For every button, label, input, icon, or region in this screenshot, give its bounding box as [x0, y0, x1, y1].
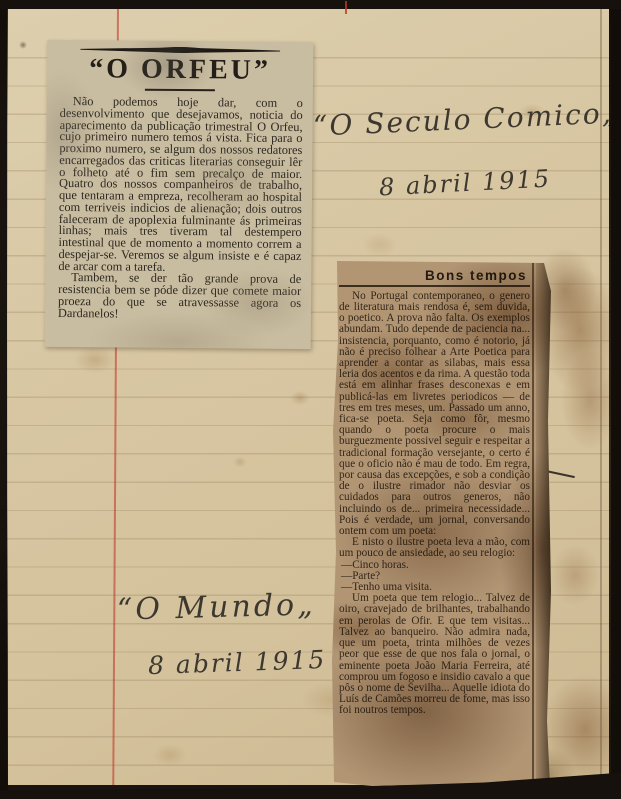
headline-rule — [145, 89, 215, 92]
clipping-paragraph: Não podemos hoje dar, com o desenvolvime… — [58, 96, 303, 274]
clipping-paragraph: E nisto o ilustre poeta leva a mão, com … — [339, 537, 530, 559]
clipping-bons-tempos: Bons tempos No Portugal contemporaneo, o… — [332, 261, 551, 786]
headline-rule — [339, 285, 530, 287]
clipping-headline: “O ORFEU” — [47, 54, 313, 86]
photo-border-top — [0, 0, 621, 9]
clipping-paragraph: Um poeta que tem relogio... Talvez de oi… — [339, 593, 530, 716]
clipping-body: Não podemos hoje dar, com o desenvolvime… — [45, 96, 313, 322]
red-tick-mark — [345, 1, 347, 14]
clipping-o-orfeu: “O ORFEU” Não podemos hoje dar, com o de… — [45, 40, 314, 349]
handwritten-date-mundo: 8 abril 1915 — [148, 645, 327, 680]
clipping-paragraph: No Portugal contemporaneo, o genero de l… — [339, 291, 530, 537]
clipping-headline: Bons tempos — [339, 268, 530, 283]
scrapbook-photo: “O ORFEU” Não podemos hoje dar, com o de… — [0, 0, 621, 799]
column-rule — [532, 263, 534, 784]
photo-border-left — [0, 0, 8, 799]
clipping-body: No Portugal contemporaneo, o genero de l… — [339, 291, 530, 717]
clipping-paragraph: Tambem, se der tão grande prova de resis… — [58, 272, 301, 321]
handwritten-title-o-mundo: “O Mundo„ — [117, 587, 316, 627]
clipping-text-column: Bons tempos No Portugal contemporaneo, o… — [339, 268, 530, 717]
photo-border-right — [609, 0, 621, 799]
